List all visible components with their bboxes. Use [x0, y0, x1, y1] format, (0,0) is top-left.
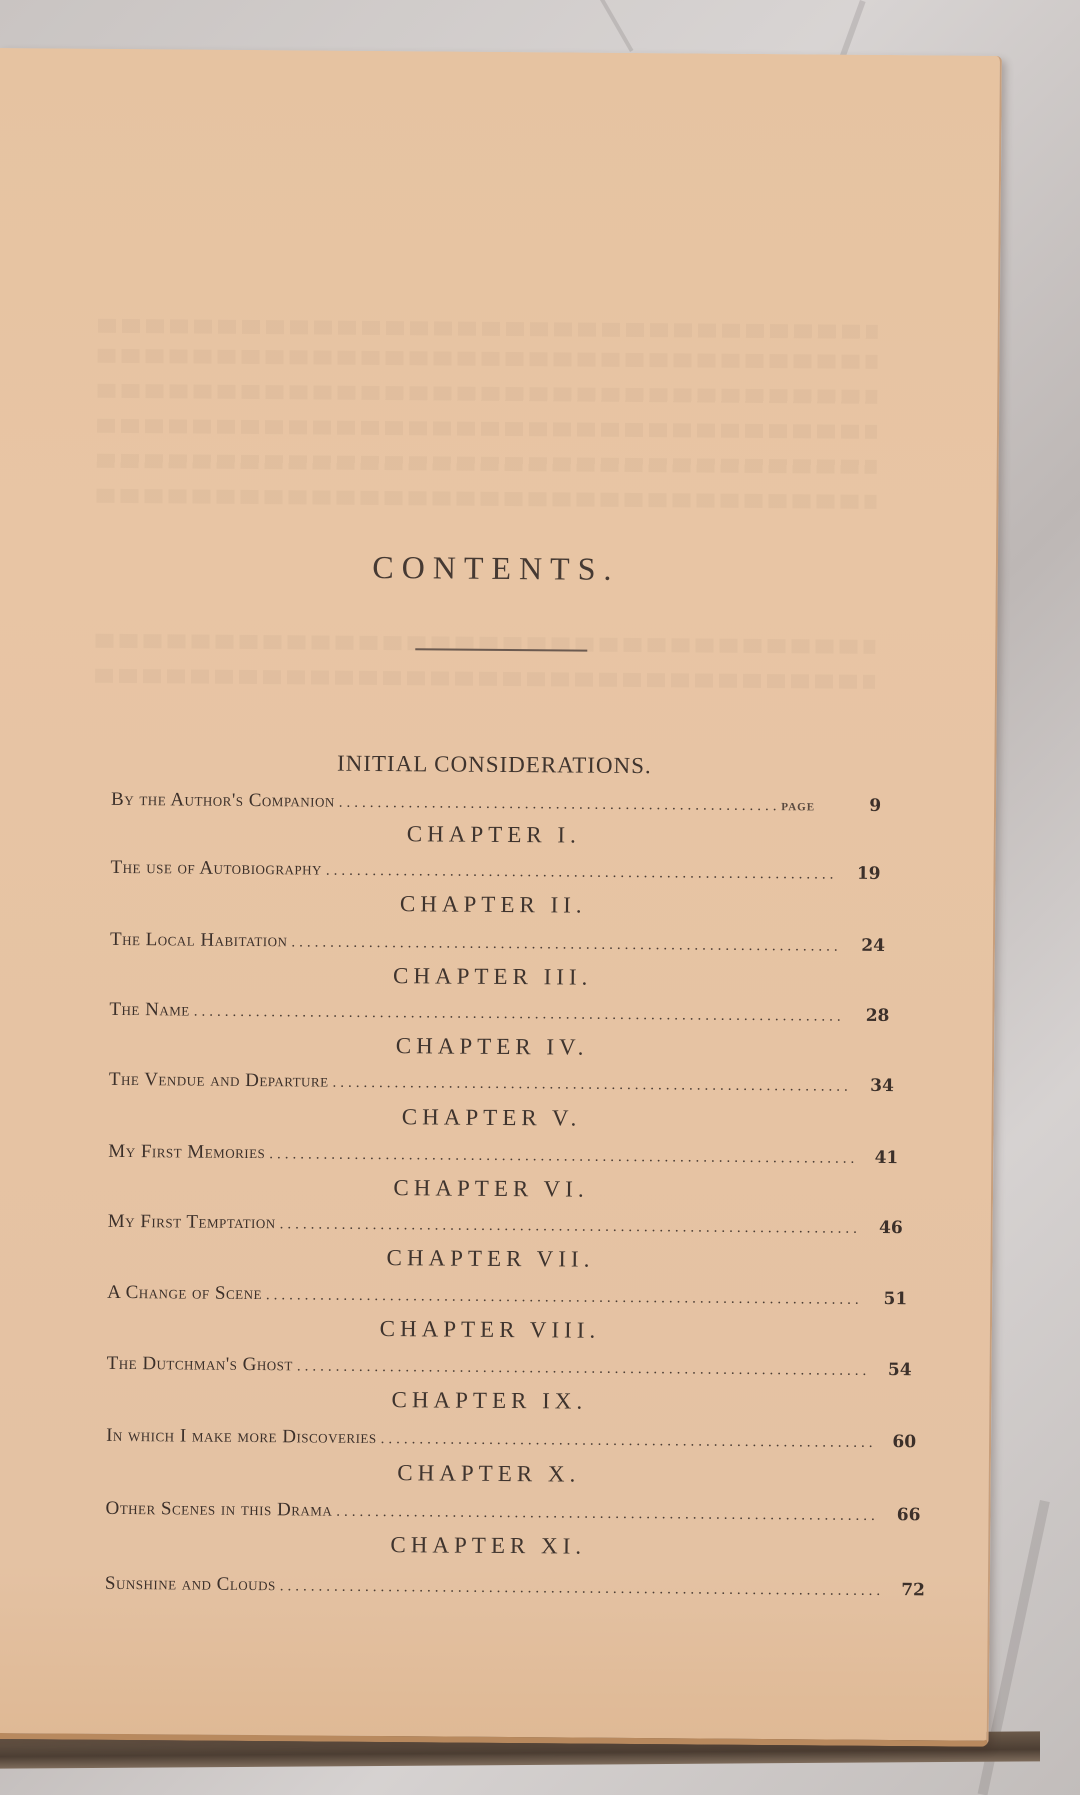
page-number: 51	[867, 1289, 907, 1309]
dot-leader: ........................................…	[381, 1431, 873, 1452]
toc-entry: The Vendue and Departure ...............…	[109, 1069, 894, 1101]
page-number: 9	[841, 796, 881, 816]
dot-leader: ........................................…	[269, 1146, 854, 1168]
toc-entry-intro: By the Author's Companion ..............…	[111, 789, 881, 821]
page-number: 66	[880, 1505, 920, 1525]
entry-title: By the Author's Companion	[111, 789, 335, 813]
chapter-heading: CHAPTER V.	[0, 1101, 992, 1135]
entry-title: The Dutchman's Ghost	[107, 1353, 293, 1376]
page-title: CONTENTS.	[0, 546, 996, 591]
toc-entry: A Change of Scene ......................…	[107, 1282, 907, 1314]
chapter-heading: CHAPTER IX.	[0, 1384, 989, 1418]
chapter-heading: CHAPTER VIII.	[0, 1313, 990, 1347]
toc-entry: The Local Habitation ...................…	[110, 929, 885, 961]
toc-entry: The use of Autobiography ...............…	[110, 857, 880, 889]
page-number: 34	[854, 1076, 894, 1096]
entry-title: The use of Autobiography	[110, 857, 322, 881]
dot-leader: ........................................…	[339, 795, 778, 815]
page-number: 60	[876, 1432, 916, 1452]
book-page: CONTENTS. INITIAL CONSIDERATIONS. By the…	[0, 48, 1002, 1747]
entry-title: My First Temptation	[108, 1211, 276, 1234]
page-number: 46	[863, 1218, 903, 1238]
chapter-heading: CHAPTER I.	[0, 818, 994, 852]
title-rule-divider	[415, 648, 587, 651]
marble-vein	[600, 0, 633, 52]
dot-leader: ........................................…	[194, 1004, 846, 1026]
entry-title: The Local Habitation	[110, 929, 288, 952]
page-number: 19	[840, 864, 880, 884]
dot-leader: ........................................…	[326, 863, 837, 884]
page-number: 54	[872, 1360, 912, 1380]
entry-title: My First Memories	[108, 1141, 265, 1164]
entry-title: In which I make more Discoveries	[106, 1425, 377, 1449]
dot-leader: ........................................…	[280, 1578, 881, 1600]
page-number: 28	[849, 1006, 889, 1026]
page-number: 24	[845, 936, 885, 956]
entry-title: A Change of Scene	[107, 1282, 262, 1305]
dot-leader: ........................................…	[336, 1504, 876, 1525]
table-of-contents: CONTENTS. INITIAL CONSIDERATIONS. By the…	[0, 48, 1000, 1741]
entry-title: Sunshine and Clouds	[105, 1573, 276, 1596]
toc-entry: The Dutchman's Ghost ...................…	[107, 1353, 912, 1385]
chapter-heading: CHAPTER II.	[0, 888, 993, 922]
page-number: 72	[885, 1580, 925, 1600]
chapter-heading: CHAPTER IV.	[0, 1030, 992, 1064]
dot-leader: ........................................…	[297, 1358, 868, 1379]
toc-entry: The Name ...............................…	[109, 999, 889, 1031]
toc-entry: My First Temptation ....................…	[108, 1211, 903, 1243]
dot-leader: ........................................…	[333, 1075, 850, 1096]
page-number: 41	[858, 1148, 898, 1168]
chapter-heading: CHAPTER VII.	[0, 1242, 991, 1276]
chapter-heading: CHAPTER X.	[0, 1457, 989, 1491]
chapter-heading: CHAPTER VI.	[0, 1172, 991, 1206]
page-label: page	[781, 797, 815, 815]
dot-leader: ........................................…	[266, 1287, 863, 1309]
chapter-heading: CHAPTER XI.	[0, 1529, 988, 1563]
dot-leader: ........................................…	[291, 934, 841, 955]
entry-title: Other Scenes in this Drama	[105, 1498, 332, 1522]
toc-entry: Other Scenes in this Drama .............…	[105, 1498, 920, 1530]
entry-title: The Name	[109, 999, 189, 1022]
entry-title: The Vendue and Departure	[109, 1069, 329, 1093]
chapter-heading: CHAPTER III.	[0, 960, 993, 994]
section-heading: INITIAL CONSIDERATIONS.	[0, 748, 994, 782]
dot-leader: ........................................…	[280, 1216, 859, 1238]
toc-entry: Sunshine and Clouds ....................…	[105, 1573, 925, 1605]
toc-entry: My First Memories ......................…	[108, 1141, 898, 1173]
toc-entry: In which I make more Discoveries .......…	[106, 1425, 916, 1457]
